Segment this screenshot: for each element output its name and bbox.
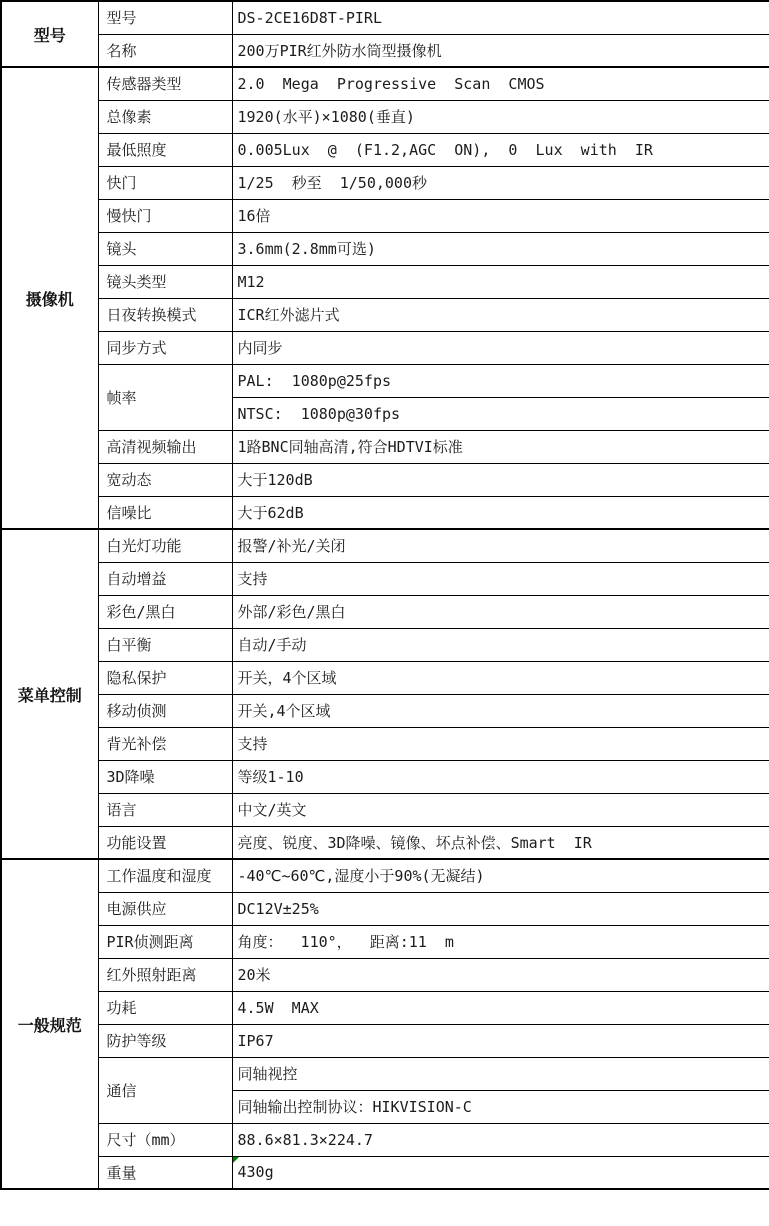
- param-value: IP67: [238, 1032, 274, 1050]
- param-value: NTSC: 1080p@30fps: [238, 405, 401, 423]
- param-label: 最低照度: [98, 133, 232, 166]
- param-label: 语言: [98, 793, 232, 826]
- param-value: 开关，4个区域: [238, 669, 337, 687]
- table-row: 名称200万PIR红外防水筒型摄像机: [1, 34, 769, 67]
- param-value: 支持: [238, 570, 268, 588]
- param-label: 功能设置: [98, 826, 232, 859]
- param-value-cell: 亮度、锐度、3D降噪、镜像、坏点补偿、Smart IR: [232, 826, 769, 859]
- param-value-cell: NTSC: 1080p@30fps: [232, 397, 769, 430]
- param-label: 帧率: [98, 364, 232, 430]
- param-value: 0.005Lux @ (F1.2,AGC ON), 0 Lux with IR: [238, 141, 653, 159]
- param-value: 亮度、锐度、3D降噪、镜像、坏点补偿、Smart IR: [238, 834, 592, 852]
- table-row: 日夜转换模式ICR红外滤片式: [1, 298, 769, 331]
- param-value: PAL: 1080p@25fps: [238, 372, 392, 390]
- param-value-cell: 自动/手动: [232, 628, 769, 661]
- param-value: 4.5W MAX: [238, 999, 319, 1017]
- table-row: 电源供应DC12V±25%: [1, 892, 769, 925]
- table-row: PIR侦测距离角度： 110°， 距离:11 m: [1, 925, 769, 958]
- param-value: ICR红外滤片式: [238, 306, 340, 324]
- table-row: 背光补偿支持: [1, 727, 769, 760]
- param-label: 隐私保护: [98, 661, 232, 694]
- section-title: 摄像机: [1, 67, 98, 529]
- table-row: 镜头类型M12: [1, 265, 769, 298]
- param-value-cell: 88.6×81.3×224.7: [232, 1123, 769, 1156]
- param-value: 200万PIR红外防水筒型摄像机: [238, 42, 442, 60]
- param-value: -40℃~60℃,湿度小于90%(无凝结): [238, 867, 485, 885]
- param-label: 红外照射距离: [98, 958, 232, 991]
- param-value-cell: 200万PIR红外防水筒型摄像机: [232, 34, 769, 67]
- param-value: 角度： 110°， 距离:11 m: [238, 933, 454, 951]
- param-label: 传感器类型: [98, 67, 232, 100]
- param-value-cell: 3.6mm(2.8mm可选): [232, 232, 769, 265]
- param-value: 1路BNC同轴高清,符合HDTVI标准: [238, 438, 463, 456]
- table-row: 通信同轴视控: [1, 1057, 769, 1090]
- param-value-cell: 等级1-10: [232, 760, 769, 793]
- param-value: 大于62dB: [238, 504, 304, 522]
- param-value: DS-2CE16D8T-PIRL: [238, 9, 383, 27]
- param-value: 430g: [238, 1163, 274, 1181]
- param-label: 尺寸（mm）: [98, 1123, 232, 1156]
- table-row: 移动侦测开关,4个区域: [1, 694, 769, 727]
- param-value-cell: IP67: [232, 1024, 769, 1057]
- param-value-cell: 1920(水平)×1080(垂直): [232, 100, 769, 133]
- param-value-cell: 大于120dB: [232, 463, 769, 496]
- param-label: 镜头: [98, 232, 232, 265]
- table-row: 慢快门16倍: [1, 199, 769, 232]
- param-value-cell: 支持: [232, 727, 769, 760]
- param-label: 快门: [98, 166, 232, 199]
- param-value: 20米: [238, 966, 271, 984]
- param-value: 3.6mm(2.8mm可选): [238, 240, 376, 258]
- table-row: 防护等级IP67: [1, 1024, 769, 1057]
- param-value-cell: 同轴视控: [232, 1057, 769, 1090]
- table-row: 语言中文/英文: [1, 793, 769, 826]
- param-value-cell: 中文/英文: [232, 793, 769, 826]
- param-label: 功耗: [98, 991, 232, 1024]
- param-value: 支持: [238, 735, 268, 753]
- param-label: 白平衡: [98, 628, 232, 661]
- table-row: 重量430g: [1, 1156, 769, 1189]
- table-row: 彩色/黑白外部/彩色/黑白: [1, 595, 769, 628]
- param-value: 内同步: [238, 339, 283, 357]
- param-label: 白光灯功能: [98, 529, 232, 562]
- param-value-cell: DC12V±25%: [232, 892, 769, 925]
- table-row: 同步方式内同步: [1, 331, 769, 364]
- param-value-cell: DS-2CE16D8T-PIRL: [232, 1, 769, 34]
- table-row: 总像素1920(水平)×1080(垂直): [1, 100, 769, 133]
- table-row: 3D降噪等级1-10: [1, 760, 769, 793]
- param-value-cell: PAL: 1080p@25fps: [232, 364, 769, 397]
- table-row: 摄像机传感器类型2.0 Mega Progressive Scan CMOS: [1, 67, 769, 100]
- param-value-cell: 同轴输出控制协议：HIKVISION-C: [232, 1090, 769, 1123]
- param-value: 2.0 Mega Progressive Scan CMOS: [238, 75, 545, 93]
- param-label: 自动增益: [98, 562, 232, 595]
- param-value-cell: 支持: [232, 562, 769, 595]
- param-value: 同轴视控: [238, 1065, 298, 1083]
- table-row: 白平衡自动/手动: [1, 628, 769, 661]
- section-title: 一般规范: [1, 859, 98, 1189]
- param-value-cell: 报警/补光/关闭: [232, 529, 769, 562]
- param-value-cell: 1路BNC同轴高清,符合HDTVI标准: [232, 430, 769, 463]
- param-value: 外部/彩色/黑白: [238, 603, 346, 621]
- param-label: 宽动态: [98, 463, 232, 496]
- param-value: 16倍: [238, 207, 271, 225]
- spec-table: 型号型号DS-2CE16D8T-PIRL名称200万PIR红外防水筒型摄像机摄像…: [0, 0, 769, 1190]
- param-value-cell: 20米: [232, 958, 769, 991]
- param-value-cell: 开关,4个区域: [232, 694, 769, 727]
- param-value: 88.6×81.3×224.7: [238, 1131, 373, 1149]
- param-value-cell: -40℃~60℃,湿度小于90%(无凝结): [232, 859, 769, 892]
- param-value: M12: [238, 273, 265, 291]
- param-label: 镜头类型: [98, 265, 232, 298]
- spec-table-body: 型号型号DS-2CE16D8T-PIRL名称200万PIR红外防水筒型摄像机摄像…: [1, 1, 769, 1189]
- table-row: 隐私保护开关，4个区域: [1, 661, 769, 694]
- param-value: 1/25 秒至 1/50,000秒: [238, 174, 428, 192]
- param-label: 彩色/黑白: [98, 595, 232, 628]
- table-row: 功耗4.5W MAX: [1, 991, 769, 1024]
- param-value-cell: 0.005Lux @ (F1.2,AGC ON), 0 Lux with IR: [232, 133, 769, 166]
- table-row: 高清视频输出1路BNC同轴高清,符合HDTVI标准: [1, 430, 769, 463]
- param-value-cell: 2.0 Mega Progressive Scan CMOS: [232, 67, 769, 100]
- param-value: 1920(水平)×1080(垂直): [238, 108, 415, 126]
- param-value: 大于120dB: [238, 471, 313, 489]
- param-label: 总像素: [98, 100, 232, 133]
- param-label: 日夜转换模式: [98, 298, 232, 331]
- table-row: 帧率PAL: 1080p@25fps: [1, 364, 769, 397]
- param-label: 同步方式: [98, 331, 232, 364]
- param-label: 名称: [98, 34, 232, 67]
- param-value: 等级1-10: [238, 768, 304, 786]
- spec-sheet-page: 型号型号DS-2CE16D8T-PIRL名称200万PIR红外防水筒型摄像机摄像…: [0, 0, 769, 1226]
- param-value-cell: ICR红外滤片式: [232, 298, 769, 331]
- param-label: 高清视频输出: [98, 430, 232, 463]
- table-row: 自动增益支持: [1, 562, 769, 595]
- param-value-cell: 角度： 110°， 距离:11 m: [232, 925, 769, 958]
- param-label: 背光补偿: [98, 727, 232, 760]
- param-value-cell: 开关，4个区域: [232, 661, 769, 694]
- table-row: 最低照度0.005Lux @ (F1.2,AGC ON), 0 Lux with…: [1, 133, 769, 166]
- table-row: 一般规范工作温度和湿度-40℃~60℃,湿度小于90%(无凝结): [1, 859, 769, 892]
- param-value-cell: 外部/彩色/黑白: [232, 595, 769, 628]
- param-label: 3D降噪: [98, 760, 232, 793]
- param-label: 工作温度和湿度: [98, 859, 232, 892]
- param-value: DC12V±25%: [238, 900, 319, 918]
- param-value: 同轴输出控制协议：HIKVISION-C: [238, 1098, 472, 1116]
- table-row: 红外照射距离20米: [1, 958, 769, 991]
- table-row: 尺寸（mm）88.6×81.3×224.7: [1, 1123, 769, 1156]
- param-value: 中文/英文: [238, 801, 307, 819]
- param-value-cell: 430g: [232, 1156, 769, 1189]
- param-value: 报警/补光/关闭: [238, 537, 346, 555]
- param-value-cell: 16倍: [232, 199, 769, 232]
- param-label: 移动侦测: [98, 694, 232, 727]
- param-value-cell: 内同步: [232, 331, 769, 364]
- param-label: 通信: [98, 1057, 232, 1123]
- param-value: 自动/手动: [238, 636, 307, 654]
- param-label: 防护等级: [98, 1024, 232, 1057]
- param-label: 电源供应: [98, 892, 232, 925]
- param-value-cell: 1/25 秒至 1/50,000秒: [232, 166, 769, 199]
- table-row: 菜单控制白光灯功能报警/补光/关闭: [1, 529, 769, 562]
- param-value-cell: 4.5W MAX: [232, 991, 769, 1024]
- param-label: 重量: [98, 1156, 232, 1189]
- param-label: 信噪比: [98, 496, 232, 529]
- section-title: 菜单控制: [1, 529, 98, 859]
- table-row: 镜头3.6mm(2.8mm可选): [1, 232, 769, 265]
- param-label: 型号: [98, 1, 232, 34]
- table-row: 宽动态大于120dB: [1, 463, 769, 496]
- param-value-cell: 大于62dB: [232, 496, 769, 529]
- param-value: 开关,4个区域: [238, 702, 331, 720]
- param-label: 慢快门: [98, 199, 232, 232]
- table-row: 功能设置亮度、锐度、3D降噪、镜像、坏点补偿、Smart IR: [1, 826, 769, 859]
- param-value-cell: M12: [232, 265, 769, 298]
- param-label: PIR侦测距离: [98, 925, 232, 958]
- section-title: 型号: [1, 1, 98, 67]
- table-row: 快门1/25 秒至 1/50,000秒: [1, 166, 769, 199]
- table-row: 型号型号DS-2CE16D8T-PIRL: [1, 1, 769, 34]
- table-row: 信噪比大于62dB: [1, 496, 769, 529]
